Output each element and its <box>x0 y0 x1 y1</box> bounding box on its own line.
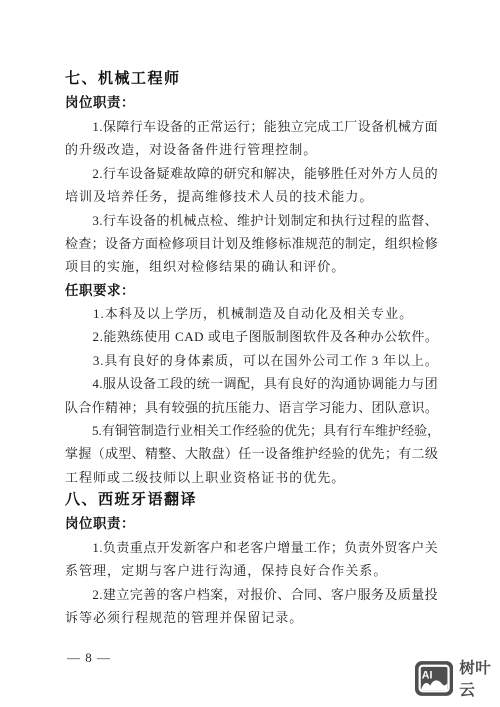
document-line: 诉等必须行程规范的管理并保留记录。 <box>65 606 438 629</box>
document-line: 项目的实施，组织对检修结果的确认和评价。 <box>65 255 438 278</box>
document-line: 2.行车设备疑难故障的研究和解决，能够胜任对外方人员的 <box>65 162 438 185</box>
document-line: 岗位职责： <box>65 512 438 535</box>
document-line: 七、机械工程师 <box>65 68 438 91</box>
document-line: 3.行车设备的机械点检、维护计划制定和执行过程的监督、 <box>65 208 438 231</box>
document-line: 2.建立完善的客户档案，对报价、合同、客户服务及质量投 <box>65 583 438 606</box>
document-page: 七、机械工程师岗位职责：1.保障行车设备的正常运行；能独立完成工厂设备机械方面的… <box>0 0 500 707</box>
page-number: — 8 — <box>67 650 111 666</box>
document-line: 八、西班牙语翻译 <box>65 489 438 512</box>
document-line: 任职要求： <box>65 279 438 302</box>
ai-image-logo-icon: AI <box>415 658 453 699</box>
document-line: 队合作精神；具有较强的抗压能力、语言学习能力、团队意识。 <box>65 395 438 418</box>
document-line: 的升级改造，对设备备件进行管理控制。 <box>65 138 438 161</box>
document-line: 4.服从设备工段的统一调配，具有良好的沟通协调能力与团 <box>65 372 438 395</box>
document-line: 2.能熟练使用 CAD 或电子图版制图软件及各种办公软件。 <box>65 325 438 348</box>
document-line: 检查；设备方面检修项目计划及维修标准规范的制定，组织检修 <box>65 232 438 255</box>
document-line: 3.具有良好的身体素质，可以在国外公司工作 3 年以上。 <box>65 349 438 372</box>
watermark: AI 树叶云 <box>415 656 500 700</box>
ai-logo-text: AI <box>422 669 433 681</box>
document-line: 岗位职责： <box>65 91 438 114</box>
document-line: 培训及培养任务，提高维修技术人员的技术能力。 <box>65 185 438 208</box>
document-line: 1.负责重点开发新客户和老客户增量工作；负责外贸客户关 <box>65 536 438 559</box>
watermark-brand-text: 树叶云 <box>459 656 500 700</box>
document-body: 七、机械工程师岗位职责：1.保障行车设备的正常运行；能独立完成工厂设备机械方面的… <box>65 68 438 629</box>
document-line: 掌握（成型、精整、大散盘）任一设备维护经验的优先；有二级 <box>65 442 438 465</box>
document-line: 工程师或二级技师以上职业资格证书的优先。 <box>65 466 438 489</box>
document-line: 1.保障行车设备的正常运行；能独立完成工厂设备机械方面 <box>65 115 438 138</box>
document-line: 5.有铜管制造行业相关工作经验的优先；具有行车维护经验， <box>65 419 438 442</box>
document-line: 1.本科及以上学历，机械制造及自动化及相关专业。 <box>65 302 438 325</box>
document-line: 系管理，定期与客户进行沟通，保持良好合作关系。 <box>65 559 438 582</box>
